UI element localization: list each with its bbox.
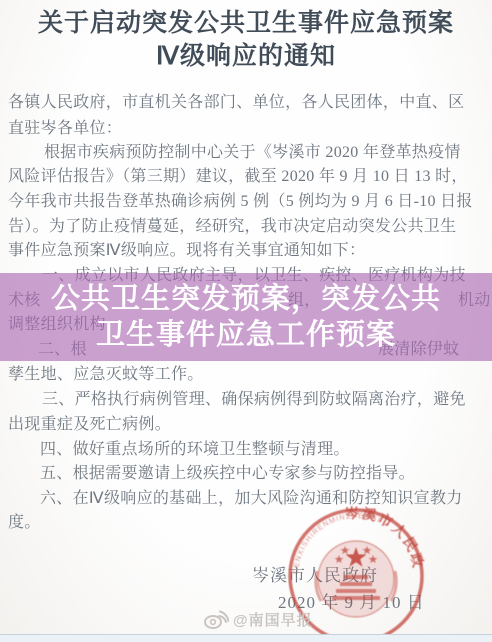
doc-line: 孳生地、应急灭蚊等工作。 bbox=[8, 365, 204, 384]
watermark: @南国早报 bbox=[203, 608, 313, 630]
watermark-handle: @南国早报 bbox=[233, 609, 313, 630]
overlay-banner-line2: 卫生事件应急工作预案 bbox=[96, 317, 396, 353]
doc-line: 五、根据需要邀请上级疾控中心专家参与防控指导。 bbox=[40, 464, 415, 483]
overlay-banner: 公共卫生突发预案，突发公共 卫生事件应急工作预案 bbox=[0, 273, 492, 361]
document-photo: 关于启动突发公共卫生事件应急预案 Ⅳ级响应的通知 各镇人民政府，市直机关各部门、… bbox=[0, 0, 492, 642]
doc-line: 告）。为了防止疫情蔓延，经研究，我市决定启动突发公共卫生 bbox=[8, 217, 456, 236]
overlay-banner-line1: 公共卫生突发预案，突发公共 bbox=[51, 281, 441, 317]
doc-line: 四、做好重点场所的环境卫生整顿与清理。 bbox=[40, 440, 350, 459]
doc-line: 事件应急预案Ⅳ级响应。现将有关事宜通知如下： bbox=[8, 241, 365, 260]
doc-line: 今年我市共报告登革热确诊病例 5 例（5 例均为 9 月 6 日-10 日报 bbox=[8, 192, 473, 211]
doc-line: 度。 bbox=[8, 513, 41, 532]
doc-line: 出现重症及死亡病例。 bbox=[8, 415, 171, 434]
weibo-icon bbox=[203, 608, 229, 630]
doc-line: 根据市疾病预防控制中心关于《岑溪市 2020 年登革热疫情 bbox=[44, 143, 461, 162]
doc-line: 直驻岑各单位： bbox=[8, 119, 122, 138]
bottom-strip bbox=[0, 634, 492, 642]
doc-line: 各镇人民政府，市直机关各部门、单位，各人民团体，中直、区 bbox=[8, 93, 464, 112]
seal-national-emblem bbox=[316, 541, 396, 617]
doc-line: 风险评估报告》（第三期）建议，截至 2020 年 9 月 10 日 13 时， bbox=[8, 167, 468, 186]
doc-line: 三、严格执行病例管理、确保病例得到防蚊隔离治疗，避免 bbox=[42, 390, 466, 409]
